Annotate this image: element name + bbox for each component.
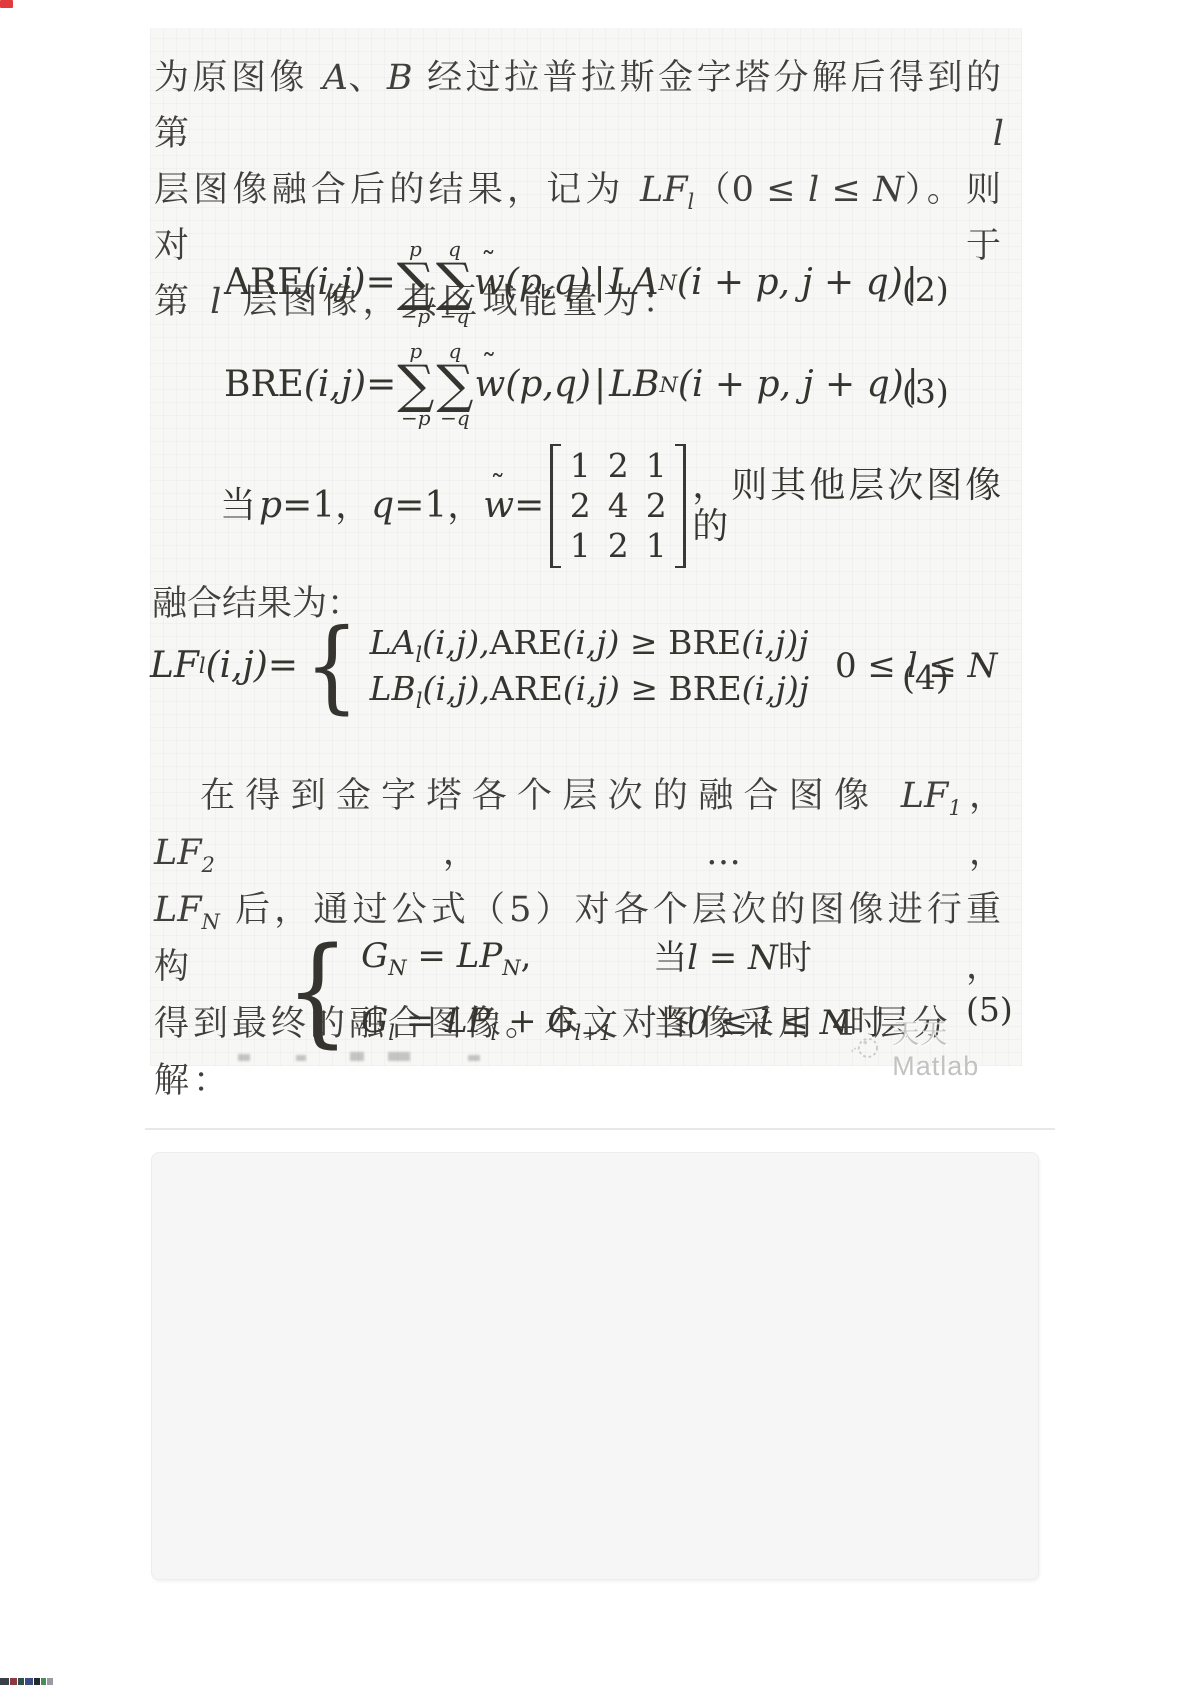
text: 第 [154,282,210,322]
math-subscript: N [659,273,677,294]
text: 时 [778,938,812,978]
paragraph-line: 在得到金字塔各个层次的融合图像 LF1，LF2，…， [154,768,1004,882]
tiantian-matlab-logo-icon [848,1030,884,1064]
math-token: LP [445,1001,490,1041]
matrix-cell: 2 [599,446,637,486]
math-token: N [968,646,998,686]
math-token: = [366,364,396,405]
math-token: G [361,936,388,976]
math-token: ARE [490,623,563,662]
text: 、 [348,58,387,98]
text: ， [962,776,1004,816]
math-token: BRE [668,669,741,708]
math-token: + [497,1001,547,1041]
artifact-pixel [34,1678,40,1685]
math-token: (i,j), [423,669,491,708]
math-token: (i,j)j [741,623,808,662]
math-subscript: 1 [948,796,961,820]
equation-label-2: (2) [902,270,949,309]
summation: p∑−p [397,238,434,328]
math-token: LB [609,364,659,405]
tilde-accent: ˜ [481,349,496,384]
text: 当 [653,938,687,978]
math-token: G [361,1001,388,1041]
tilde-accent: ˜ [481,247,496,282]
summation: q∑−q [436,340,473,430]
sum-lower-limit: −p [401,305,431,328]
matrix-values: 121 242 121 [561,444,675,568]
math-subscript: N [388,956,406,980]
sigma-icon: ∑ [397,261,434,305]
math-token: = [366,262,396,303]
case-expression: Gl = LPl + Gl+1 [361,1001,653,1044]
math-token: ARE [224,262,303,303]
text: 当 [653,1003,687,1043]
cutoff-text-smudge [238,1054,250,1061]
case-expression: GN = LPN, [361,936,653,979]
formula-3: BRE(i,j) = p∑−p q∑−q ˜w(p,q) |LBN(i + p,… [224,340,922,430]
math-token: (i,j) [206,645,268,686]
math-token: l [808,170,819,210]
sigma-icon: ∑ [436,363,473,407]
text: ≤ [819,170,873,210]
math-token: , [521,936,532,976]
paragraph-line: 为原图像 A、B 经过拉普拉斯金字塔分解后得到的第 l [154,50,1004,162]
math-token: (i + p, j + q) [678,364,904,405]
matrix-cell: 2 [599,526,637,566]
formula-5: { GN = LPN, 当l = N时 Gl = LPl + Gl+1 当0 ≤… [278,936,884,1044]
cases-rows: GN = LPN, 当l = N时 Gl = LPl + Gl+1 当0 ≤ l… [361,936,883,1044]
math-token: = [268,645,298,686]
math-subscript: l+1 [575,1021,613,1045]
artifact-pixel [47,1678,53,1685]
math-token: LA [609,262,659,303]
matrix-bracket-right [675,444,686,568]
text: ，则其他层次图像的 [692,465,1022,548]
math-token: (p,q) [505,364,591,405]
math-token: B [387,58,413,98]
math-subscript: N [659,375,677,396]
text: 在得到金字塔各个层次的融合图像 [200,776,901,816]
cutoff-text-smudge [296,1055,306,1061]
scanned-document: 为原图像 A、B 经过拉普拉斯金字塔分解后得到的第 l 层图像融合后的结果，记为… [150,28,1022,1066]
w-tilde: ˜w [483,485,514,526]
matrix-cell: 2 [561,486,599,526]
cutoff-text-smudge [350,1052,364,1061]
math-token: ARE [490,669,563,708]
summation: q∑−q [436,238,473,328]
math-subscript: l [416,689,423,713]
math-token: N [873,170,904,210]
cases-brace: { [305,621,359,711]
abs-bar: | [590,262,608,303]
watermark-text: 天天Matlab [892,1012,1022,1082]
math-token: l [993,114,1004,154]
math-token: l = N [687,938,778,978]
math-subscript: l [388,1021,395,1045]
sigma-icon: ∑ [397,363,434,407]
math-token: (i,j)j [742,669,809,708]
w-tilde: ˜w [474,262,505,303]
math-token: (i,j), [422,623,490,662]
section-divider [145,1128,1055,1130]
artifact-pixel [10,1678,17,1685]
matrix-cell: 1 [637,526,675,566]
math-token: ≥ [620,669,669,708]
formula-2: ARE(i,j) = p∑−p q∑−q ˜w(p,q) |LAN(i + p,… [224,238,921,328]
math-token: ≥ [619,623,668,662]
text: 层图像融合后的结果，记为 [154,170,640,210]
case-row: LBl(i,j),ARE(i,j) ≥ BRE(i,j)j [370,666,809,712]
math-token: LB [370,669,416,708]
math-token: (i + p, j + q) [677,262,903,303]
artifact-pixel [18,1678,24,1685]
math-token: (p,q) [505,262,591,303]
matrix-bracket-left [550,444,561,568]
matrix-cell: 1 [637,446,675,486]
abs-bar: | [591,364,609,405]
text: 为原图像 [154,58,323,98]
sigma-icon: ∑ [436,261,473,305]
cases-brace: { [286,937,350,1043]
math-token: LF [901,776,949,816]
top-left-artifact [0,0,13,8]
formula-4: LFl(i,j) = { LAl(i,j),ARE(i,j) ≥ BRE(i,j… [150,620,997,712]
cutoff-text-smudge [388,1052,410,1061]
cutoff-text-smudge [468,1055,480,1061]
math-token: = [407,936,457,976]
math-subscript: l [199,656,206,677]
sum-lower-limit: −q [440,305,470,328]
math-token: (i,j) [563,669,620,708]
math-token: G [547,1001,574,1041]
matrix-cell: 2 [637,486,675,526]
case-row: LAl(i,j),ARE(i,j) ≥ BRE(i,j)j [370,620,809,666]
math-token: =1， [394,485,483,526]
w-tilde: ˜w [474,364,505,405]
empty-content-panel [151,1152,1039,1580]
text: ，…， [215,833,1004,873]
math-token: 0 ≤ [835,646,907,686]
math-token: LP [457,936,502,976]
summation: p∑−p [397,340,434,430]
math-token: = [395,1001,445,1041]
text: 当 [220,485,259,526]
bottom-left-artifact-strip [0,1678,53,1685]
math-token: LF [640,170,688,210]
math-token: = [514,485,544,526]
math-token: BRE [668,623,741,662]
math-token: q [371,485,394,526]
weight-matrix-line: 当 p=1， q=1， ˜w = 121 242 121 ，则其他层次图像的 [220,436,1022,576]
math-subscript: N [502,956,520,980]
math-token: (i,j) [303,262,365,303]
cases-rows: LAl(i,j),ARE(i,j) ≥ BRE(i,j)j LBl(i,j),A… [370,620,809,712]
artifact-pixel [25,1678,33,1685]
tilde-accent: ˜ [490,470,505,505]
math-token: LF [154,833,202,873]
equation-label-4: (4) [902,658,949,697]
math-token: A [323,58,348,98]
math-token: LF [154,890,202,930]
equation-label-3: (3) [902,372,949,411]
artifact-pixel [0,1678,9,1685]
math-subscript: N [202,910,220,934]
math-token: BRE [224,364,304,405]
matrix-cell: 4 [599,486,637,526]
sum-lower-limit: −q [440,407,470,430]
math-token: (i,j) [304,364,366,405]
watermark: 天天Matlab [848,1012,1022,1082]
case-condition: 当l = N时 [653,938,883,978]
math-token: LA [370,623,416,662]
sum-lower-limit: −p [401,407,431,430]
math-token: =1， [282,485,371,526]
artifact-pixel [41,1678,46,1685]
math-token: LF [150,645,199,686]
text: （0 ≤ [694,170,808,210]
math-token: (i,j) [562,623,619,662]
math-token: p [259,485,282,526]
math-subscript: 2 [202,853,215,877]
math-token: 0 ≤ l ≤ N [687,1003,849,1043]
weight-matrix: 121 242 121 [550,444,686,568]
matrix-cell: 1 [561,526,599,566]
matrix-cell: 1 [561,446,599,486]
